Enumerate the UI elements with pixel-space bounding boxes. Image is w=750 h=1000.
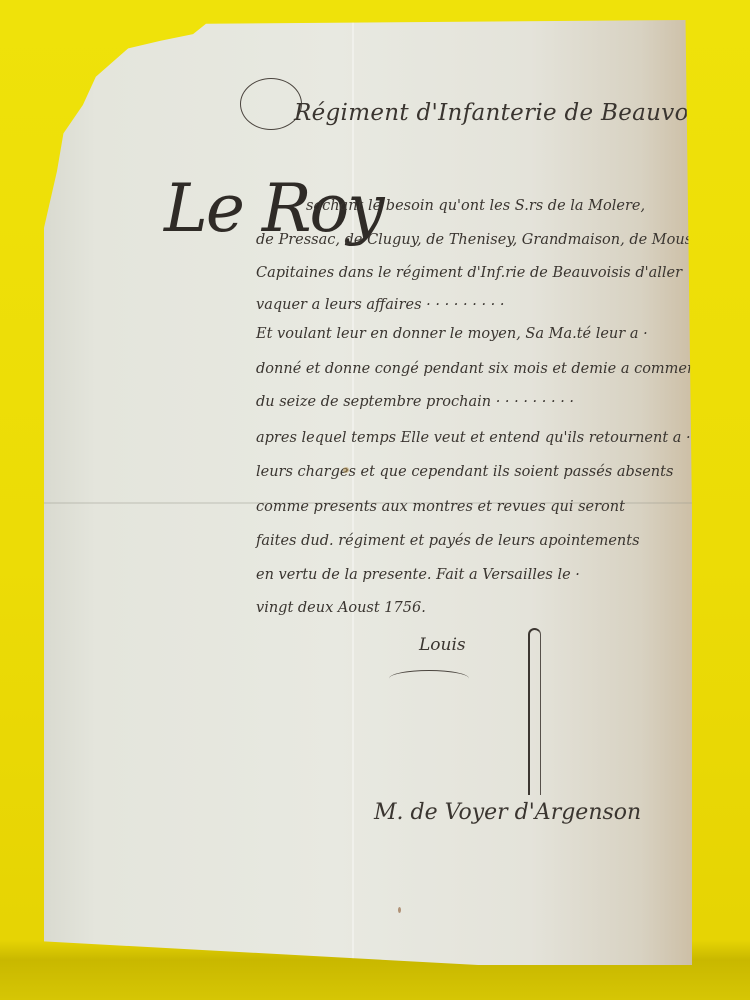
signature-argenson: M. de Voyer d'Argenson (374, 800, 641, 825)
text-line-8: apres lequel temps Elle veut et entend q… (256, 430, 691, 446)
text-line-7: du seize de septembre prochain · · · · ·… (256, 394, 574, 410)
text-line-11: faites dud. régiment et payés de leurs a… (256, 533, 640, 549)
text-line-9: leurs charges et que cependant ils soien… (256, 464, 673, 480)
signature-louis: Louis (419, 635, 466, 655)
vertical-fold-line (352, 20, 354, 965)
text-line-5: Et voulant leur en donner le moyen, Sa M… (256, 326, 648, 342)
text-line-12: en vertu de la presente. Fait a Versaill… (256, 567, 580, 583)
text-line-10: comme presents aux montres et revues qui… (256, 499, 625, 515)
text-line-13: vingt deux Aoust 1756. (256, 600, 426, 616)
text-line-6: donné et donne congé pendant six mois et… (256, 361, 720, 377)
regiment-heading: Régiment d'Infanterie de Beauvoisis (294, 100, 728, 126)
text-line-2: de Pressac, de Cluguy, de Thenisey, Gran… (256, 232, 740, 248)
text-line-4: vaquer a leurs affaires · · · · · · · · … (256, 297, 505, 313)
signature-paraph-stroke (528, 628, 541, 795)
text-line-3: Capitaines dans le régiment d'Inf.rie de… (256, 265, 682, 281)
ink-stain (343, 467, 349, 473)
text-line-1: sachant le besoin qu'ont les S.rs de la … (306, 198, 645, 214)
signature-swash (389, 670, 469, 687)
heading-flourish (240, 78, 302, 130)
foxing-spot (398, 907, 401, 913)
manuscript-document: Régiment d'Infanterie de Beauvoisis Le R… (44, 20, 692, 965)
